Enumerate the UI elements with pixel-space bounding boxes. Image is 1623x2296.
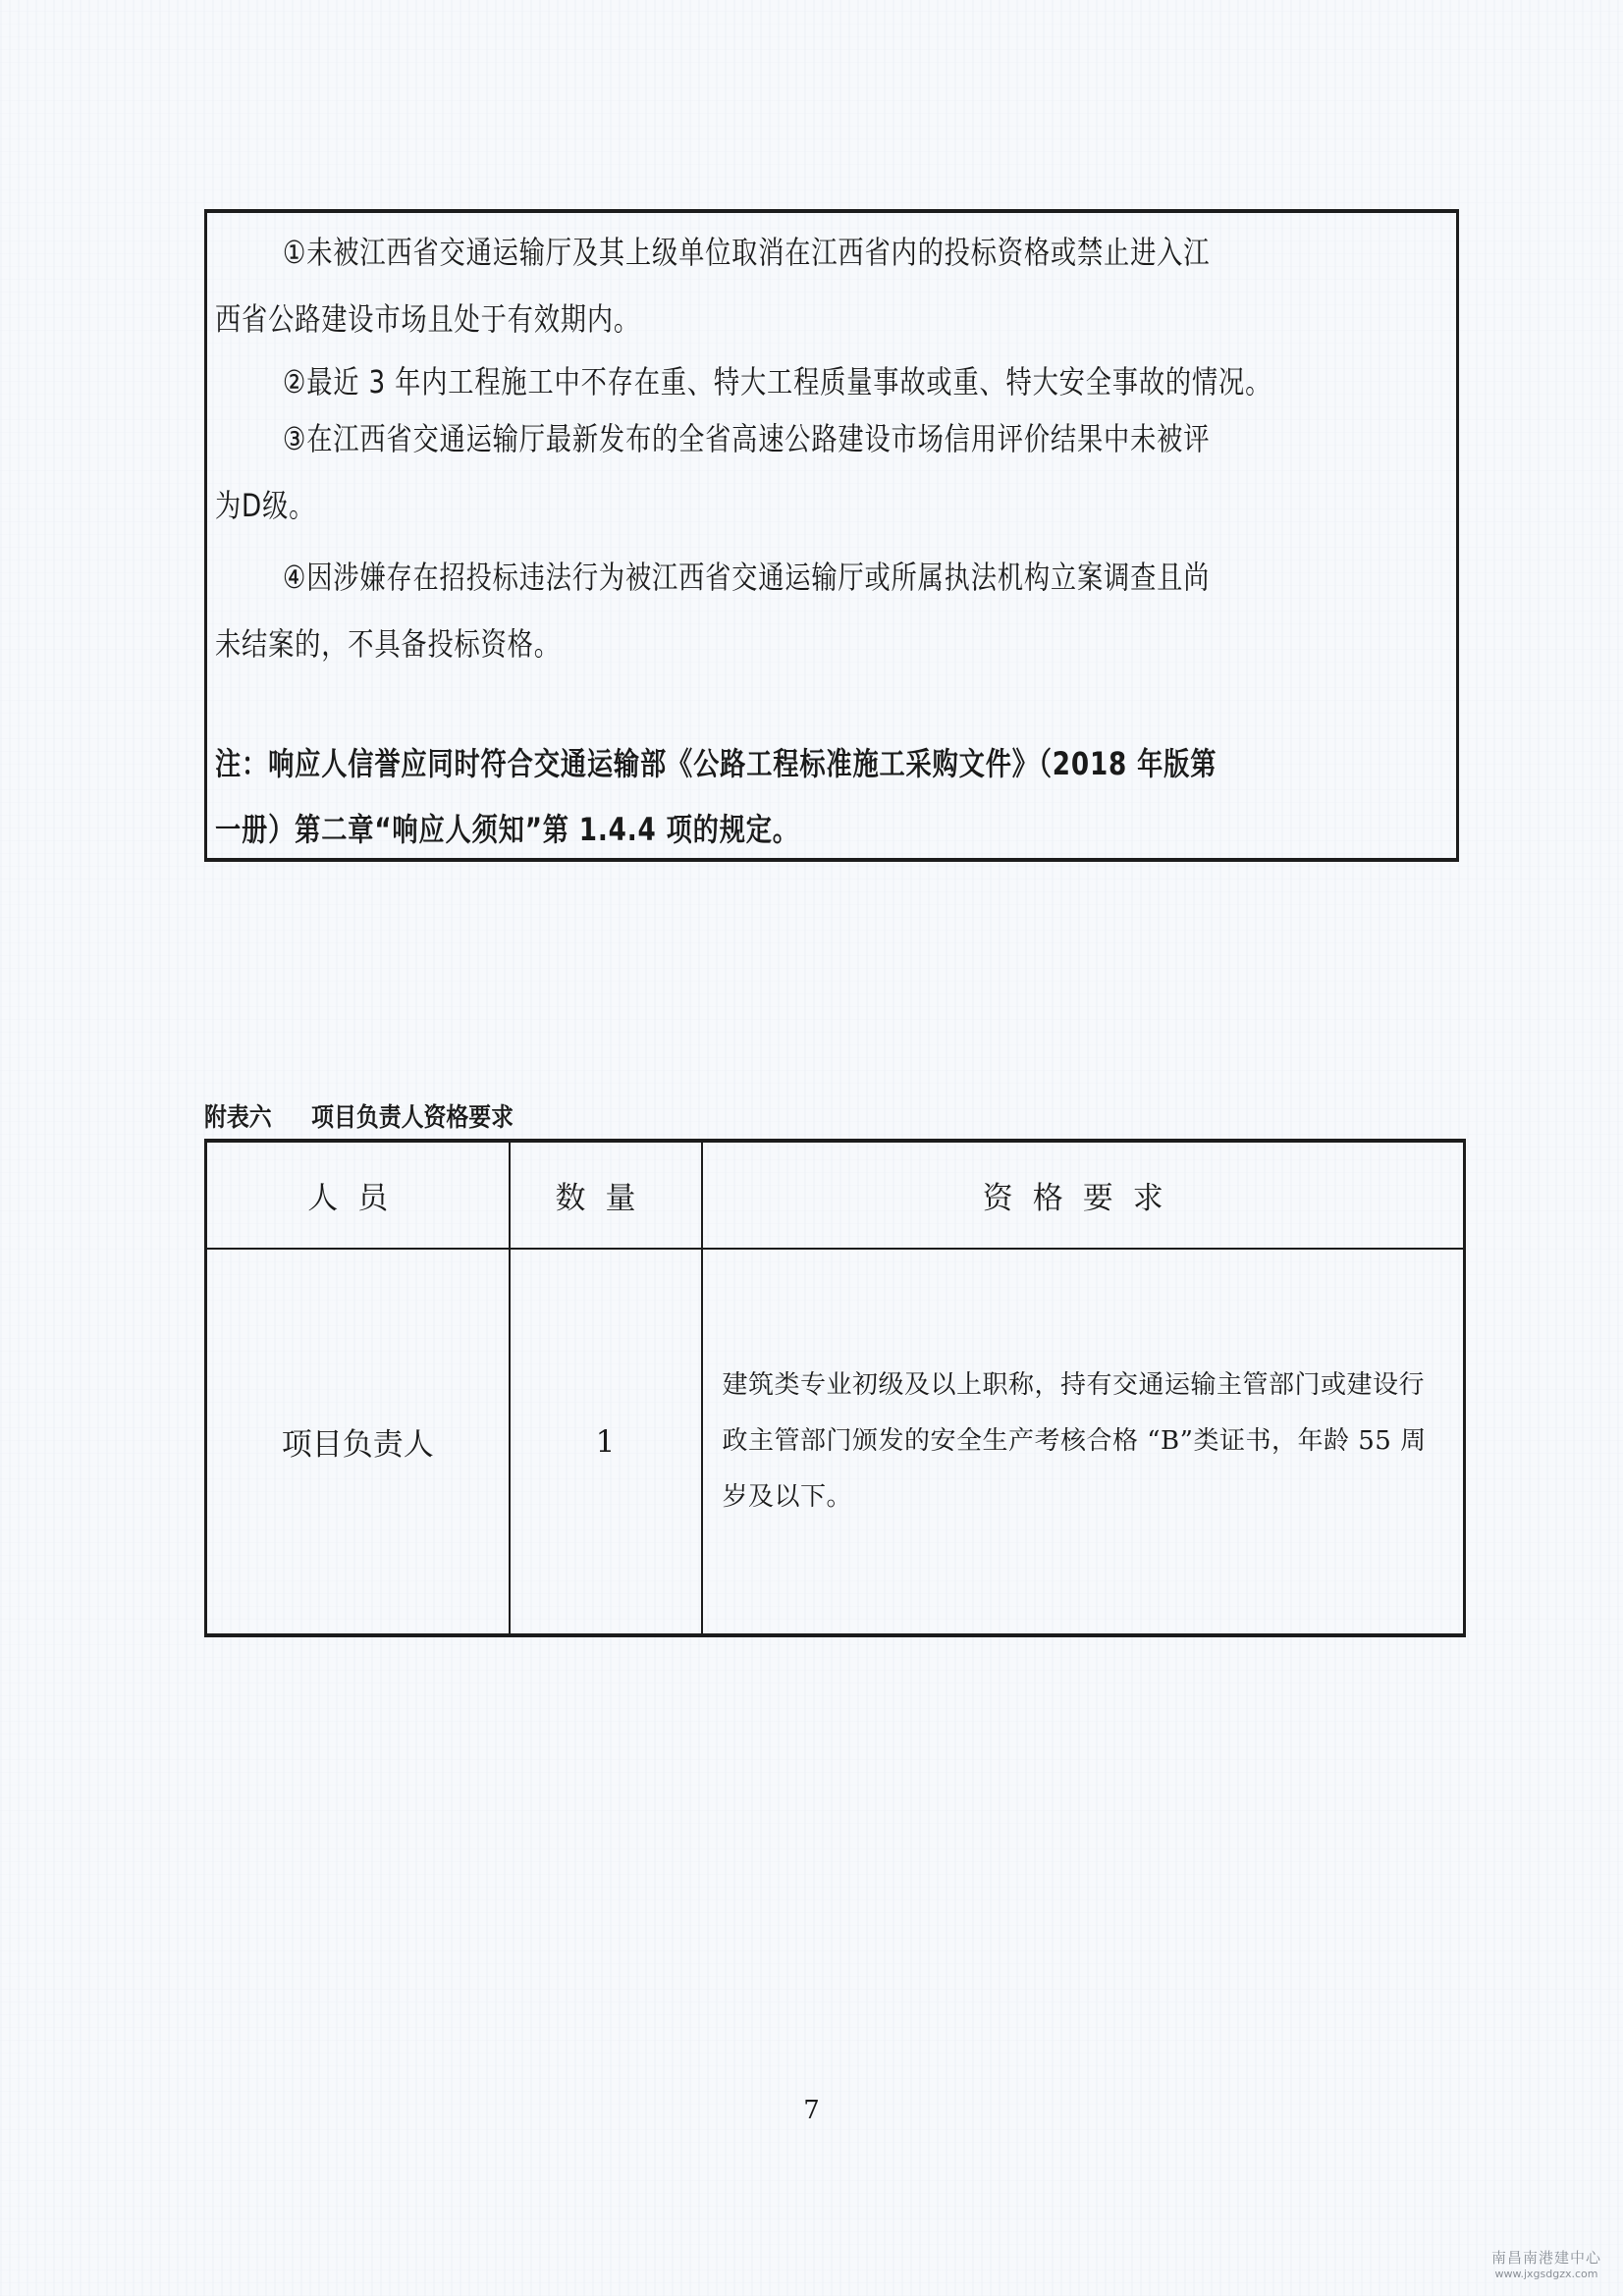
cell-requirements: 建筑类专业初级及以上职称，持有交通运输主管部门或建设行政主管部门颁发的安全生产考… bbox=[702, 1249, 1465, 1635]
clause-3-text: ③在江西省交通运输厅最新发布的全省高速公路建设市场信用评价结果中未被评 bbox=[215, 420, 1210, 457]
personnel-requirements-table: 人员 数量 资格要求 项目负责人 1 建筑类专业初级及以上职称，持有交通运输主管… bbox=[204, 1139, 1466, 1637]
watermark-url: www.jxgsdgzx.com bbox=[1473, 2269, 1620, 2279]
clause-4-text: ④因涉嫌存在招投标违法行为被江西省交通运输厅或所属执法机构立案调查且尚 bbox=[215, 559, 1210, 596]
clause-2-line-1: ②最近 3 年内工程施工中不存在重、特大工程质量事故或重、特大安全事故的情况。 bbox=[215, 366, 1239, 398]
clause-3-line-1: ③在江西省交通运输厅最新发布的全省高速公路建设市场信用评价结果中未被评 bbox=[215, 423, 1239, 454]
clause-1-line-2: 西省公路建设市场且处于有效期内。 bbox=[215, 303, 1239, 335]
clause-3-line-2: 为D级。 bbox=[215, 490, 1239, 521]
header-requirements: 资格要求 bbox=[702, 1141, 1465, 1249]
watermark-title: 南昌南港建中心 bbox=[1473, 2251, 1620, 2266]
note-line-1: 注：响应人信誉应同时符合交通运输部《公路工程标准施工采购文件》（2018 年版第 bbox=[215, 748, 1239, 779]
clause-2-text: ②最近 3 年内工程施工中不存在重、特大工程质量事故或重、特大安全事故的情况。 bbox=[215, 363, 1271, 400]
clause-1-text: ①未被江西省交通运输厅及其上级单位取消在江西省内的投标资格或禁止进入江 bbox=[215, 234, 1210, 271]
page-number: 7 bbox=[0, 2096, 1623, 2125]
clause-4-line-2: 未结案的，不具备投标资格。 bbox=[215, 628, 1239, 660]
table-header-row: 人员 数量 资格要求 bbox=[206, 1141, 1465, 1249]
appendix-caption: 附表六项目负责人资格要求 bbox=[204, 1097, 514, 1134]
clause-4-line-1: ④因涉嫌存在招投标违法行为被江西省交通运输厅或所属执法机构立案调查且尚 bbox=[215, 561, 1239, 593]
header-personnel: 人员 bbox=[206, 1141, 510, 1249]
appendix-title: 项目负责人资格要求 bbox=[311, 1103, 514, 1133]
header-quantity: 数量 bbox=[510, 1141, 702, 1249]
cell-personnel: 项目负责人 bbox=[206, 1249, 510, 1635]
table-row: 项目负责人 1 建筑类专业初级及以上职称，持有交通运输主管部门或建设行政主管部门… bbox=[206, 1249, 1465, 1635]
watermark: 南昌南港建中心 www.jxgsdgzx.com bbox=[1473, 2251, 1620, 2279]
qualification-clause-box: ①未被江西省交通运输厅及其上级单位取消在江西省内的投标资格或禁止进入江 西省公路… bbox=[204, 209, 1459, 862]
note-line-2: 一册）第二章“响应人须知”第 1.4.4 项的规定。 bbox=[215, 814, 1239, 845]
cell-quantity: 1 bbox=[510, 1249, 702, 1635]
appendix-label: 附表六 bbox=[204, 1103, 272, 1133]
clause-1-line-1: ①未被江西省交通运输厅及其上级单位取消在江西省内的投标资格或禁止进入江 bbox=[215, 237, 1239, 268]
